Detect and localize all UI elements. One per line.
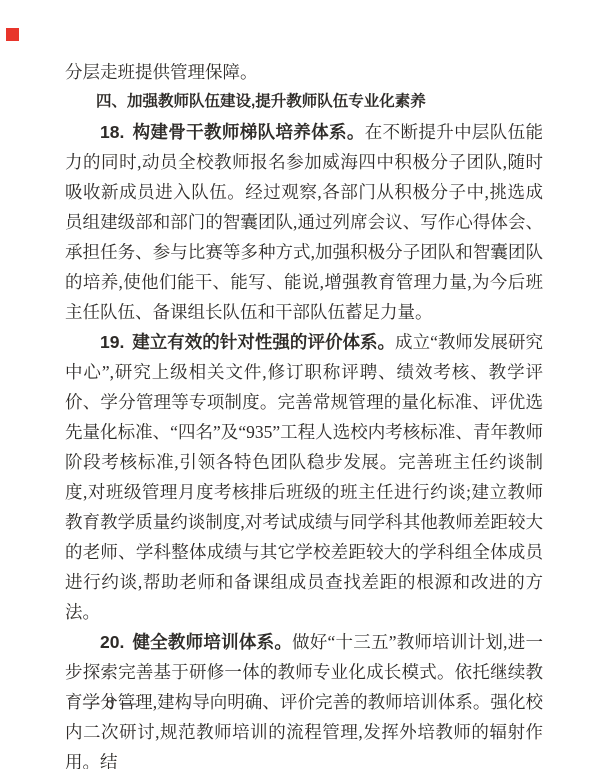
paragraph-18: 18.构建骨干教师梯队培养体系。在不断提升中层队伍能力的同时,动员全校教师报名参… xyxy=(65,117,543,327)
paragraph-20-number: 20. xyxy=(100,632,124,652)
paragraph-18-number: 18. xyxy=(100,122,124,142)
document-body: 分层走班提供管理保障。 四、加强教师队伍建设,提升教师队伍专业化素养 18.构建… xyxy=(65,57,543,769)
paragraph-18-title: 构建骨干教师梯队培养体系。 xyxy=(132,122,365,142)
paragraph-18-lead: 18.构建骨干教师梯队培养体系。 xyxy=(100,122,365,142)
red-scan-mark xyxy=(6,28,19,41)
paragraph-19-number: 19. xyxy=(100,332,124,352)
paragraph-20-lead: 20.健全教师培训体系。 xyxy=(100,632,292,652)
scanned-document-page: 分层走班提供管理保障。 四、加强教师队伍建设,提升教师队伍专业化素养 18.构建… xyxy=(0,0,593,769)
paragraph-19-lead: 19.建立有效的针对性强的评价体系。 xyxy=(100,332,395,352)
page-number: — 8 — xyxy=(83,688,138,718)
section-heading: 四、加强教师队伍建设,提升教师队伍专业化素养 xyxy=(65,87,543,117)
intro-line: 分层走班提供管理保障。 xyxy=(65,57,543,87)
paragraph-18-text: 在不断提升中层队伍能力的同时,动员全校教师报名参加威海四中积极分子团队,随时吸收… xyxy=(65,122,543,322)
paragraph-19-title: 建立有效的针对性强的评价体系。 xyxy=(132,332,395,352)
paragraph-20-title: 健全教师培训体系。 xyxy=(132,632,292,652)
paragraph-19: 19.建立有效的针对性强的评价体系。成立“教师发展研究中心”,研究上级相关文件,… xyxy=(65,327,543,627)
paragraph-19-text: 成立“教师发展研究中心”,研究上级相关文件,修订职称评聘、绩效考核、教学评价、学… xyxy=(65,332,543,622)
